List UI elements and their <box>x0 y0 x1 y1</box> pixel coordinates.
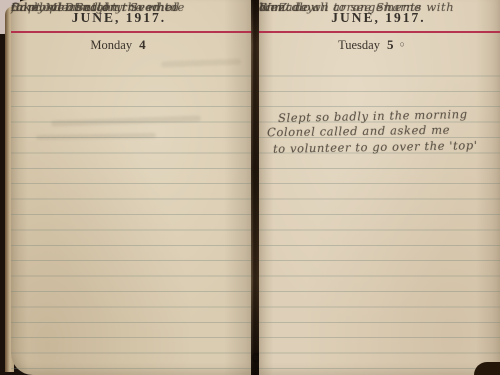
moon-phase-icon: ○ <box>399 39 404 49</box>
day-number: 4 <box>139 37 146 52</box>
day-header-monday: Monday4 <box>0 37 239 53</box>
red-header-rule-right <box>259 31 500 33</box>
entry-line: Colonel called and asked me <box>267 123 450 140</box>
day-number: 5 <box>387 37 394 52</box>
day-header-tuesday: Tuesday5○ <box>251 37 492 53</box>
diary-left-page: JUNE, 1917. Monday4 Capt McDonald arrive… <box>11 0 253 375</box>
diary-photo: JUNE, 1917. Monday4 Capt McDonald arrive… <box>0 0 500 375</box>
entry-line: & made all arrangements with <box>259 0 454 14</box>
ruled-lines-left <box>11 61 253 373</box>
red-header-rule-left <box>11 31 253 33</box>
entry-line: him <box>259 0 283 14</box>
cover-corner <box>474 362 500 375</box>
entry-line: Bombed at night <box>11 0 117 14</box>
day-name: Tuesday <box>338 38 380 52</box>
day-name: Monday <box>90 38 132 52</box>
diary-right-page: JUNE, 1917. Tuesday5○ Slept so badly in … <box>259 0 500 375</box>
